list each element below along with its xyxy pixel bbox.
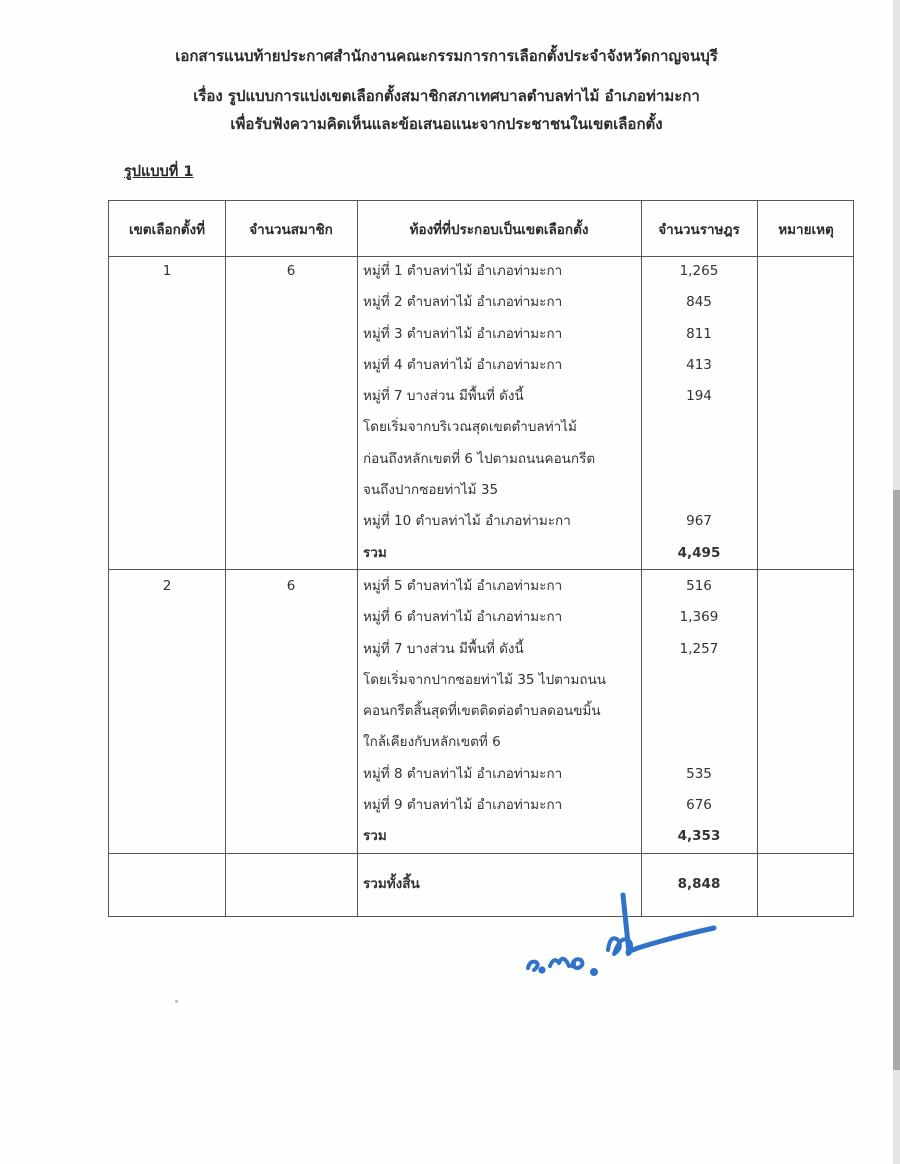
column-divider [357,201,358,916]
area-line: หมู่ที่ 7 บางส่วน มีพื้นที่ ดังนี้ [363,381,639,412]
area-line: หมู่ที่ 7 บางส่วน มีพื้นที่ ดังนี้ [363,634,639,665]
header-line-1: เอกสารแนบท้ายประกาศสำนักงานคณะกรรมการการ… [0,44,893,68]
area-line: หมู่ที่ 9 ตำบลท่าไม้ อำเภอท่ามะกา [363,790,639,821]
area-line: โดยเริ่มจากปากซอยท่าไม้ 35 ไปตามถนน [363,665,639,696]
population-value: 194 [641,381,757,412]
population-value: 676 [641,790,757,821]
population-value: 516 [641,571,757,602]
area-line: จนถึงปากซอยท่าไม้ 35 [363,475,639,506]
member-count: 6 [225,571,357,602]
scan-speck [175,1000,178,1003]
district-divider [109,569,853,570]
column-header-population: จำนวนราษฎร [641,201,757,256]
population-value: 1,265 [641,256,757,287]
area-line: คอนกรีตสิ้นสุดที่เขตติดต่อตำบลดอนขมิ้น [363,696,639,727]
area-line: หมู่ที่ 1 ตำบลท่าไม้ อำเภอท่ามะกา [363,256,639,287]
handwritten-signature [520,880,730,980]
subtotal-label: รวม [363,538,639,569]
population-value: 1,257 [641,634,757,665]
subtotal-value: 4,495 [641,538,757,569]
district-2-areas: หมู่ที่ 5 ตำบลท่าไม้ อำเภอท่ามะกาหมู่ที่… [363,571,639,853]
district-2-populations: 5161,3691,2575356764,353 [641,571,757,853]
subtotal-value: 4,353 [641,821,757,852]
member-count: 6 [225,256,357,287]
header-line-2: เรื่อง รูปแบบการแบ่งเขตเลือกตั้งสมาชิกสภ… [0,84,893,108]
population-value: 1,369 [641,602,757,633]
area-line: หมู่ที่ 8 ตำบลท่าไม้ อำเภอท่ามะกา [363,759,639,790]
district-1-populations: 1,2658458114131949674,495 [641,256,757,569]
population-value [641,444,757,475]
area-line: ใกล้เคียงกับหลักเขตที่ 6 [363,727,639,758]
population-value [641,696,757,727]
column-header-members: จำนวนสมาชิก [225,201,357,256]
district-number: 2 [109,571,225,602]
column-header-note: หมายเหตุ [757,201,855,256]
header-line-3: เพื่อรับฟังความคิดเห็นและข้อเสนอแนะจากปร… [0,112,893,136]
document-page: เอกสารแนบท้ายประกาศสำนักงานคณะกรรมการการ… [0,0,893,1164]
district-1-areas: หมู่ที่ 1 ตำบลท่าไม้ อำเภอท่ามะกาหมู่ที่… [363,256,639,569]
area-line: หมู่ที่ 6 ตำบลท่าไม้ อำเภอท่ามะกา [363,602,639,633]
column-divider [225,201,226,916]
area-line: ก่อนถึงหลักเขตที่ 6 ไปตามถนนคอนกรีต [363,444,639,475]
subtotal-label: รวม [363,821,639,852]
area-line: หมู่ที่ 4 ตำบลท่าไม้ อำเภอท่ามะกา [363,350,639,381]
area-line: โดยเริ่มจากบริเวณสุดเขตตำบลท่าไม้ [363,412,639,443]
column-header-district: เขตเลือกตั้งที่ [109,201,225,256]
area-line: หมู่ที่ 5 ตำบลท่าไม้ อำเภอท่ามะกา [363,571,639,602]
scrollbar-thumb[interactable] [893,490,900,1070]
population-value [641,475,757,506]
population-value [641,727,757,758]
district-number: 1 [109,256,225,287]
area-line: หมู่ที่ 10 ตำบลท่าไม้ อำเภอท่ามะกา [363,506,639,537]
population-value: 967 [641,506,757,537]
column-divider [757,201,758,916]
population-value: 845 [641,287,757,318]
population-value: 535 [641,759,757,790]
grand-total-label: รวมทั้งสิ้น [363,869,420,900]
population-value [641,412,757,443]
grand-total-divider [109,853,853,854]
district-table: เขตเลือกตั้งที่ จำนวนสมาชิก ท้องที่ที่ปร… [108,200,854,917]
population-value [641,665,757,696]
vertical-scrollbar[interactable] [893,0,900,1164]
column-header-area: ท้องที่ที่ประกอบเป็นเขตเลือกตั้ง [357,201,641,256]
area-line: หมู่ที่ 3 ตำบลท่าไม้ อำเภอท่ามะกา [363,319,639,350]
population-value: 413 [641,350,757,381]
area-line: หมู่ที่ 2 ตำบลท่าไม้ อำเภอท่ามะกา [363,287,639,318]
form-label: รูปแบบที่ 1 [124,160,193,183]
population-value: 811 [641,319,757,350]
